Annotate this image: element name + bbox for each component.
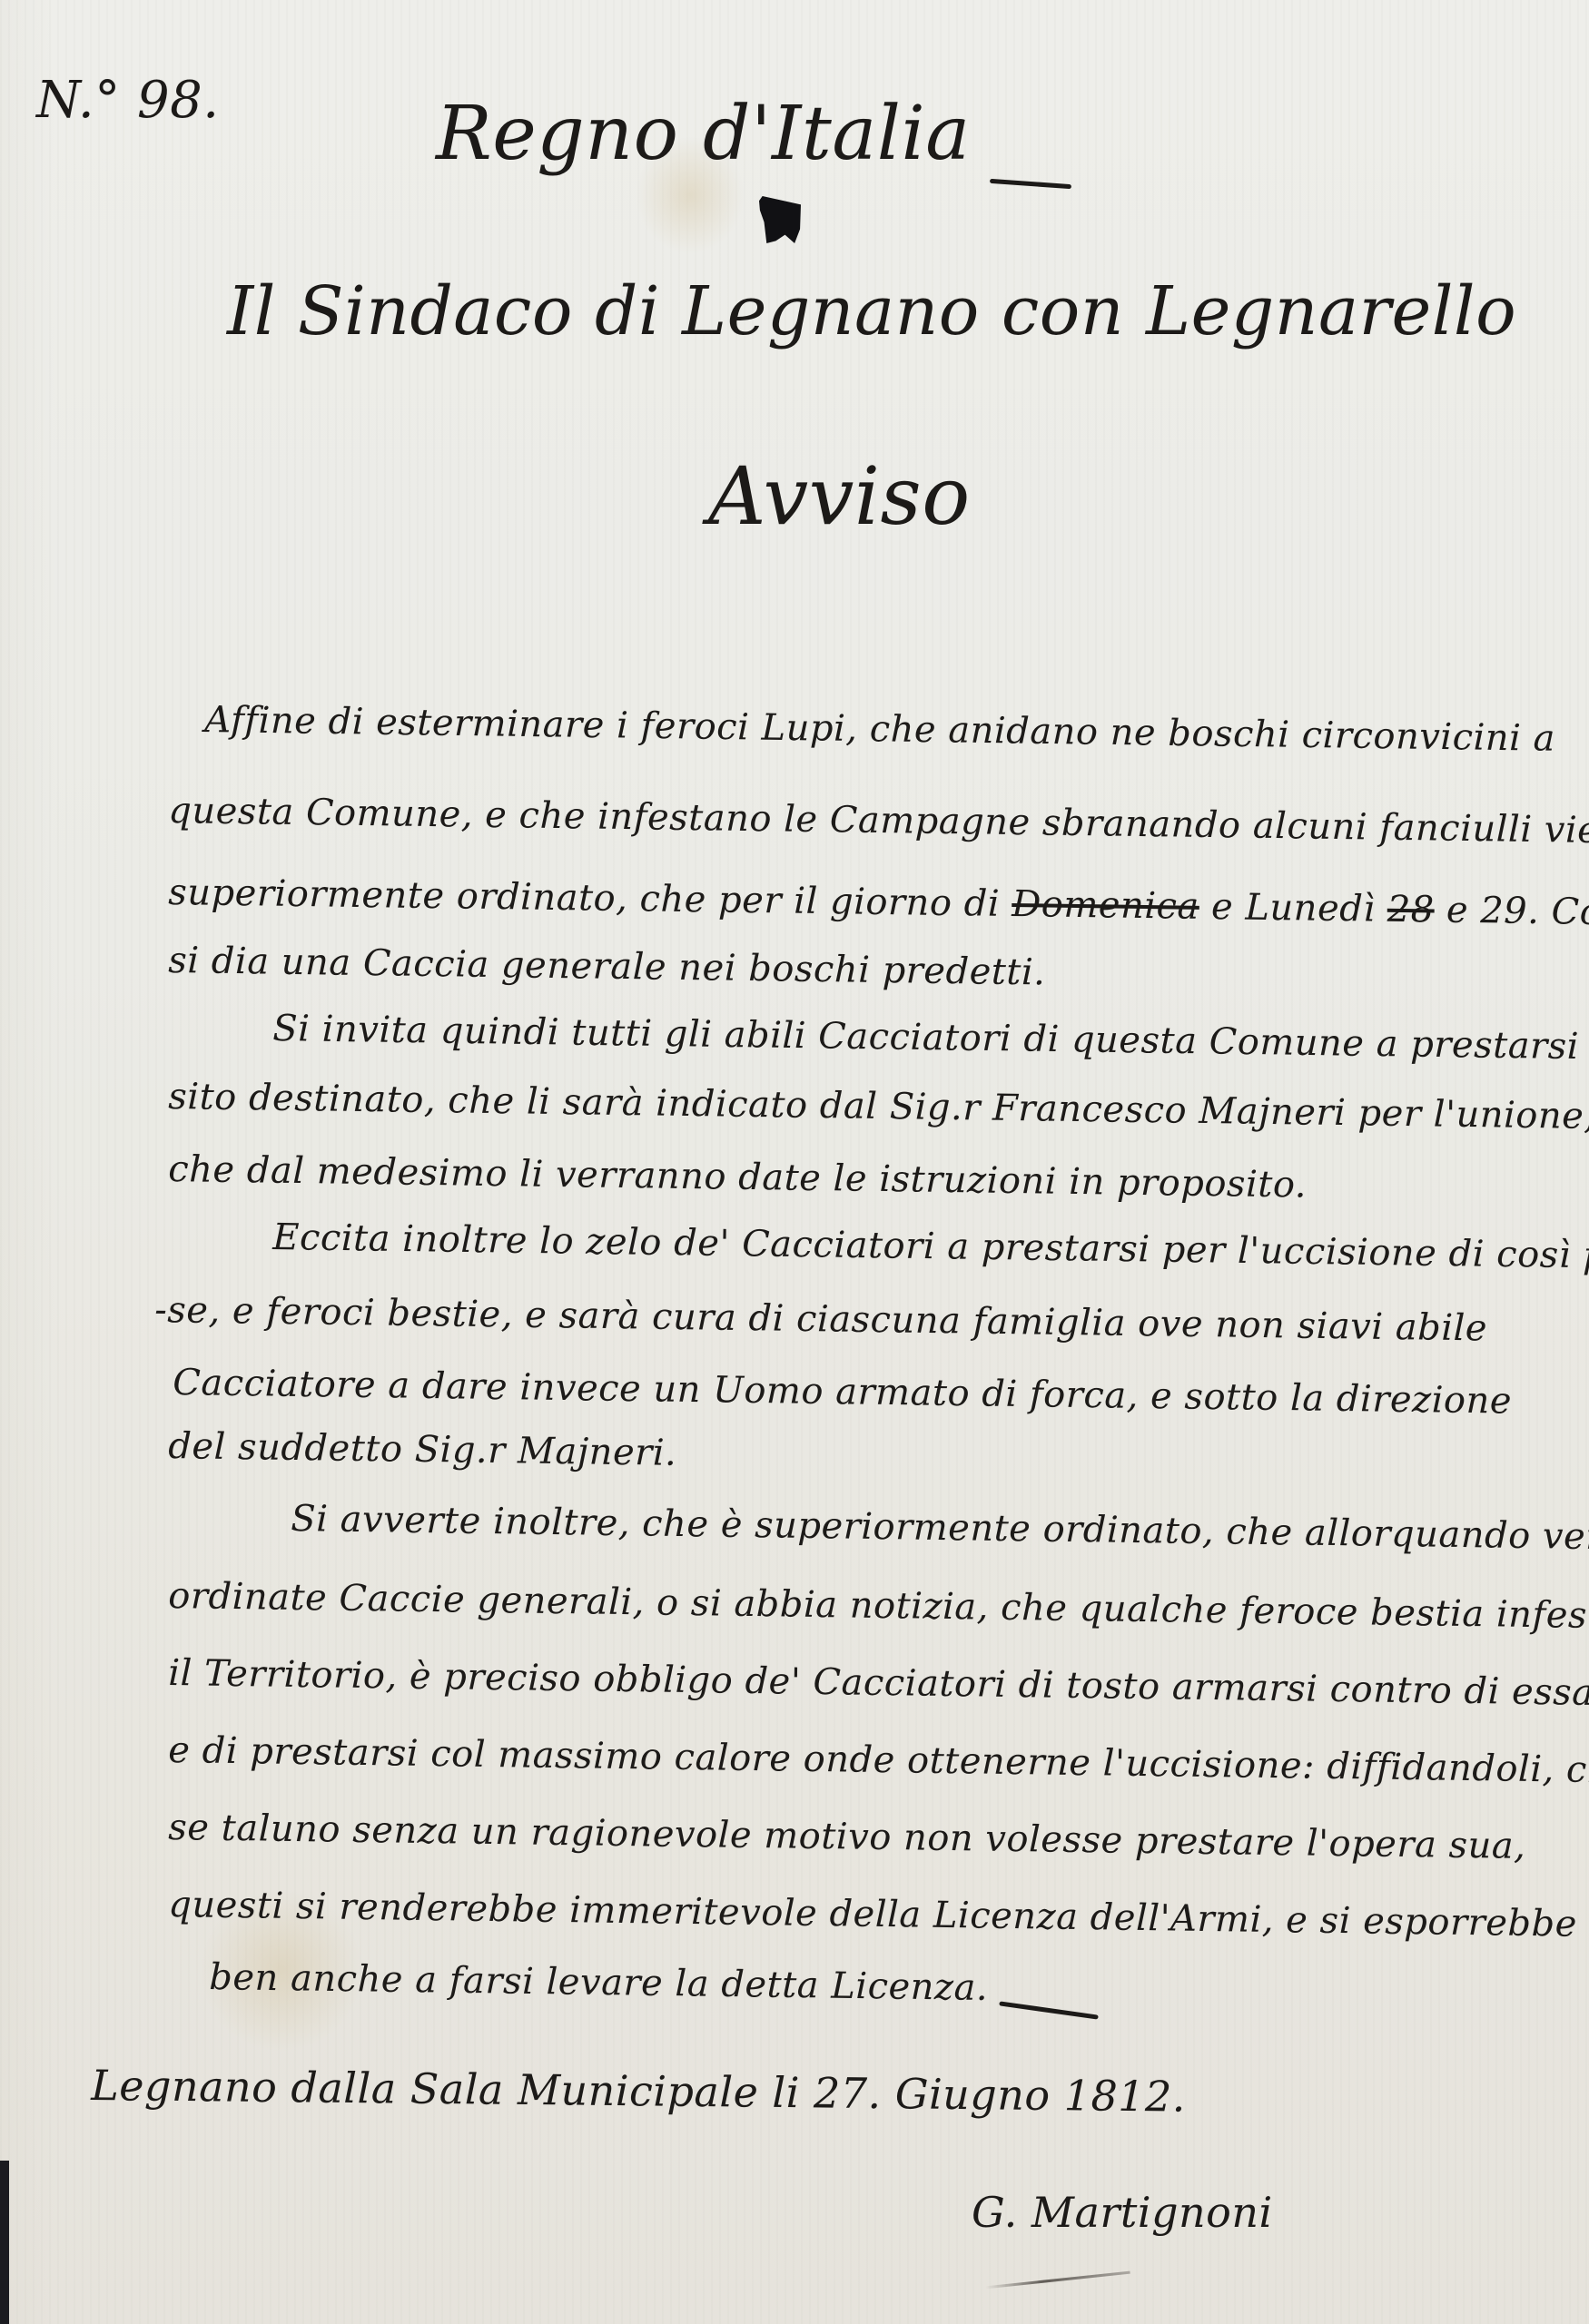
text-line: Cacciatore a dare invece un Uomo armato … — [173, 1362, 1512, 1423]
text-line-with-date: superiormente ordinato, che per il giorn… — [168, 871, 1589, 934]
text-line: del suddetto Sig.r Majneri. — [168, 1425, 677, 1474]
text-fragment: superiormente ordinato, che per il giorn… — [168, 871, 1000, 925]
signature-flourish — [985, 2271, 1130, 2290]
text-line: e di prestarsi col massimo calore onde o… — [168, 1729, 1589, 1792]
document-page: N.° 98. Regno d'Italia Il Sindaco di Leg… — [0, 0, 1589, 2324]
document-number: N.° 98. — [36, 71, 220, 130]
text-line: se taluno senza un ragionevole motivo no… — [168, 1807, 1526, 1867]
text-line: -se, e feroci bestie, e sarà cura di cia… — [154, 1289, 1487, 1349]
text-line: Si avverte inoltre, che è superiormente … — [291, 1498, 1589, 1560]
text-line: Eccita inoltre lo zelo de' Cacciatori a … — [272, 1216, 1589, 1278]
text-line: il Territorio, è preciso obbligo de' Cac… — [168, 1652, 1589, 1714]
text-line: questi si renderebbe immeritevole della … — [168, 1884, 1577, 1945]
struck-number: 28 — [1387, 889, 1435, 931]
signature: G. Martignoni — [972, 2188, 1273, 2237]
heading-issuer: Il Sindaco di Legnano con Legnarello — [227, 272, 1516, 350]
date-day: e Lunedì — [1211, 886, 1376, 931]
text-line: che dal medesimo li verranno date le ist… — [168, 1148, 1307, 1206]
date-place-line: Legnano dalla Sala Municipale li 27. Giu… — [91, 2061, 1186, 2122]
paper-hole — [759, 196, 801, 243]
closing-flourish — [999, 2001, 1099, 2019]
text-line: sito destinato, che li sarà indicato dal… — [168, 1076, 1589, 1137]
text-line: Affine di esterminare i feroci Lupi, che… — [204, 699, 1555, 760]
date-number: e 29. Corr.te — [1446, 890, 1589, 935]
text-line: questa Comune, e che infestano le Campag… — [168, 790, 1589, 852]
text-line: ordinate Caccie generali, o si abbia not… — [168, 1575, 1589, 1637]
heading-flourish — [990, 179, 1071, 189]
page-edge-shadow — [0, 2161, 9, 2324]
notice-title: Avviso — [708, 449, 971, 543]
struck-word: Domenica — [1012, 883, 1199, 928]
heading-kingdom: Regno d'Italia — [436, 91, 971, 177]
text-line: Si invita quindi tutti gli abili Cacciat… — [272, 1008, 1589, 1068]
text-line: si dia una Caccia generale nei boschi pr… — [168, 940, 1046, 993]
